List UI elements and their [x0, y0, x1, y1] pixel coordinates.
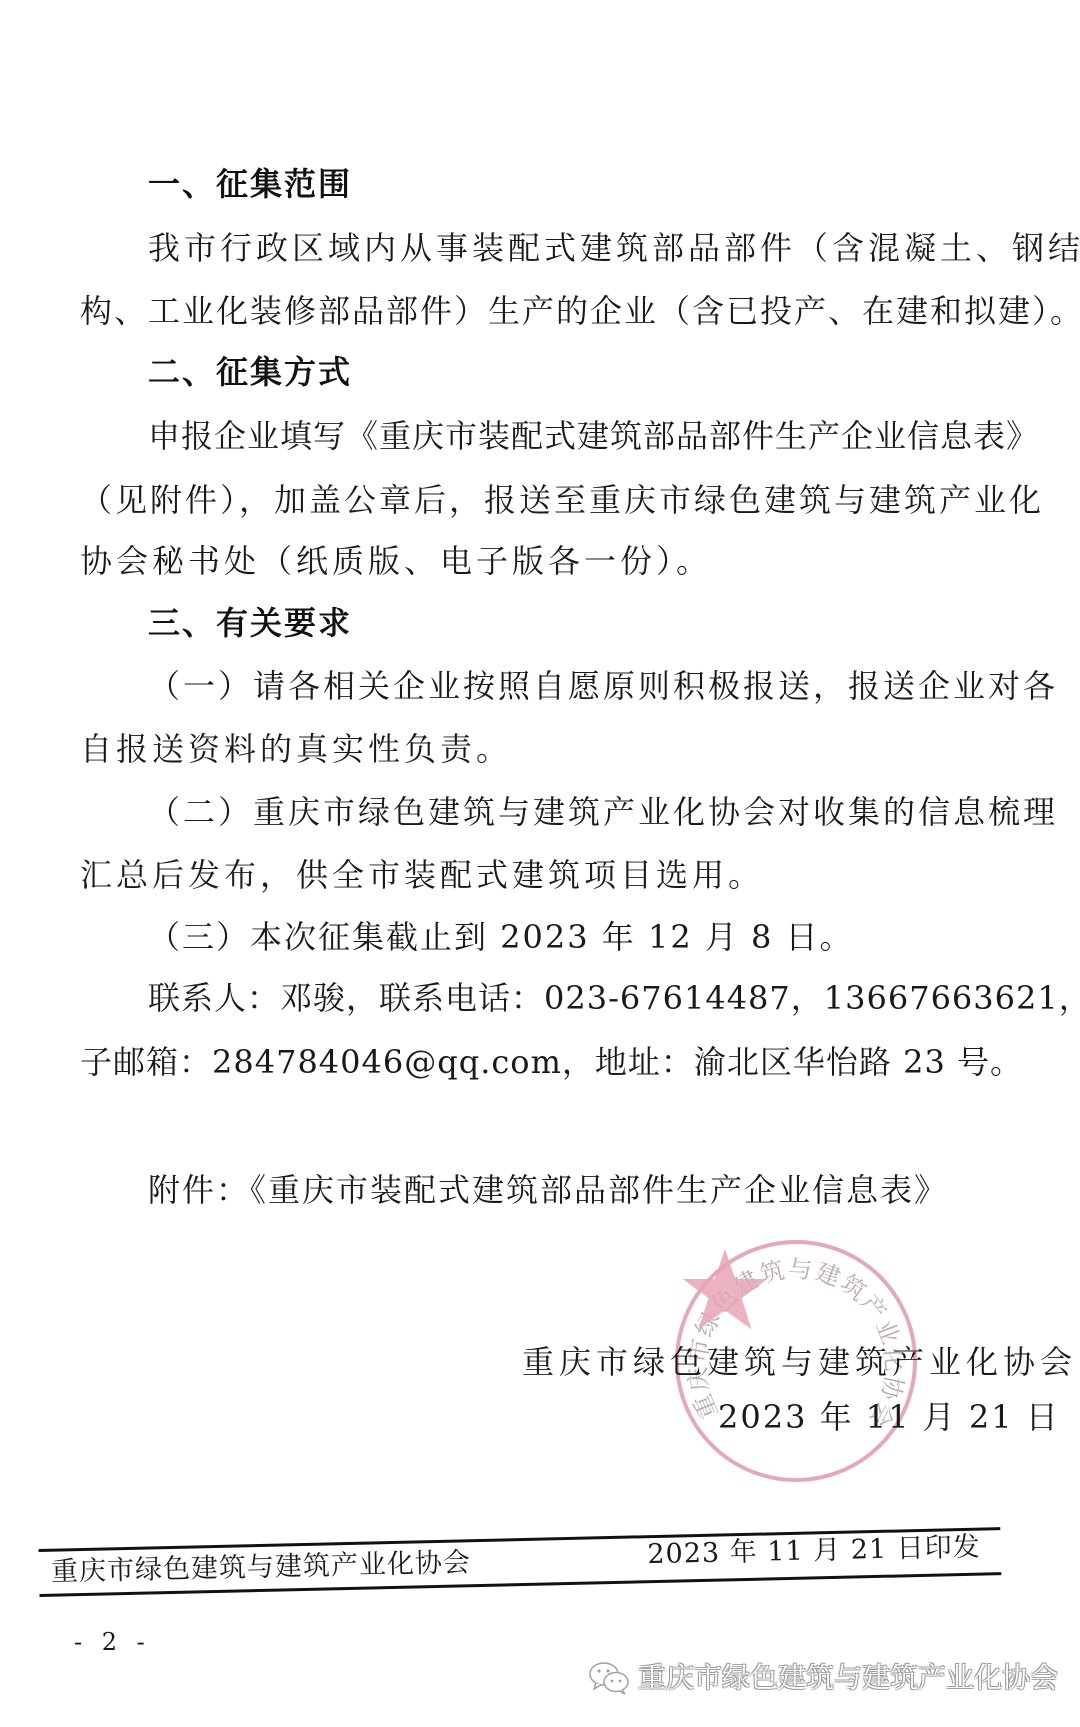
- paragraph-line: 我市行政区域内从事装配式建筑部品部件（含混凝土、钢结: [148, 228, 1080, 268]
- signature-organization: 重庆市绿色建筑与建筑产业化协会: [522, 1342, 1077, 1382]
- paragraph-line: 自报送资料的真实性负责。: [80, 729, 512, 769]
- wechat-watermark: 重庆市绿色建筑与建筑产业化协会: [588, 1658, 1058, 1698]
- deadline-line: （三）本次征集截止到 2023 年 12 月 8 日。: [148, 917, 854, 957]
- wechat-icon: [588, 1660, 632, 1696]
- contact-line: 子邮箱：284784046@qq.com，地址：渝北区华怡路 23 号。: [80, 1042, 1023, 1082]
- section-heading-method: 二、征集方式: [148, 352, 352, 392]
- paragraph-line: （二）重庆市绿色建筑与建筑产业化协会对收集的信息梳理: [148, 792, 1058, 832]
- contact-line: 联系人：邓骏，联系电话：023-67614487，13667663621，电: [148, 978, 1080, 1018]
- paragraph-line: 申报企业填写《重庆市装配式建筑部品部件生产企业信息表》: [148, 416, 1039, 456]
- paragraph-line: （见附件），加盖公章后，报送至重庆市绿色建筑与建筑产业化: [80, 480, 1044, 520]
- paragraph-line: 协会秘书处（纸质版、电子版各一份）。: [80, 541, 712, 581]
- signature-date: 2023 年 11 月 21 日: [718, 1397, 1060, 1437]
- section-heading-scope: 一、征集范围: [148, 164, 352, 204]
- paragraph-line: 构、工业化装修部品部件）生产的企业（含已投产、在建和拟建）。: [80, 291, 1080, 331]
- footer-organization: 重庆市绿色建筑与建筑产业化协会: [51, 1545, 472, 1591]
- paragraph-line: 汇总后发布，供全市装配式建筑项目选用。: [80, 855, 764, 895]
- paragraph-line: （一）请各相关企业按照自愿原则积极报送，报送企业对各: [148, 666, 1058, 706]
- watermark-text: 重庆市绿色建筑与建筑产业化协会: [638, 1660, 1058, 1696]
- star-icon: [679, 1244, 771, 1336]
- issue-footer: 重庆市绿色建筑与建筑产业化协会 2023 年 11 月 21 日印发: [38, 1527, 1001, 1619]
- footer-issue-date: 2023 年 11 月 21 日印发: [647, 1530, 981, 1574]
- page-number: - 2 -: [74, 1628, 151, 1656]
- attachment-line: 附件：《重庆市装配式建筑部品部件生产企业信息表》: [148, 1170, 948, 1210]
- section-heading-requirements: 三、有关要求: [148, 603, 352, 643]
